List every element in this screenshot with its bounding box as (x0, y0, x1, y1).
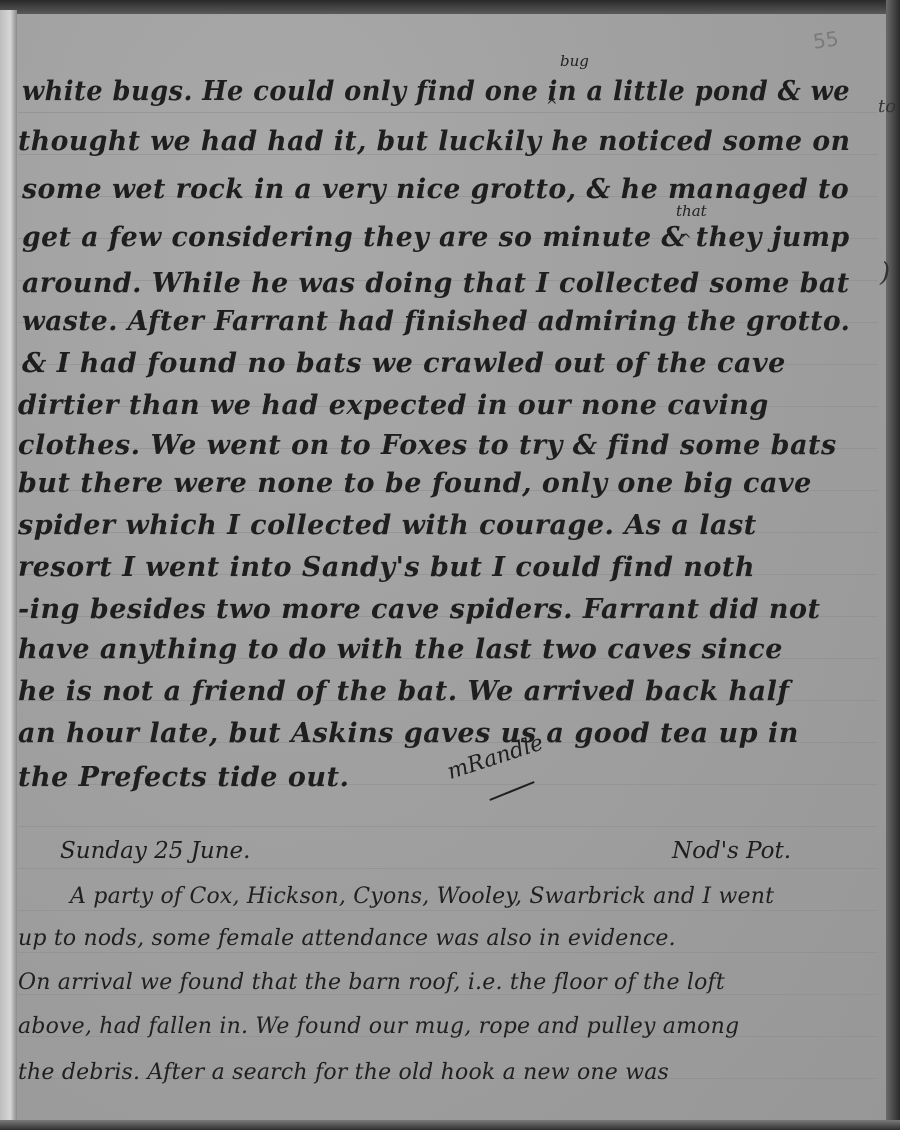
text-line: A party of Cox, Hickson, Cyons, Wooley, … (70, 884, 774, 909)
text-line: an hour late, but Askins gaves us a good… (18, 718, 799, 749)
text-line: clothes. We went on to Foxes to try & fi… (18, 430, 837, 461)
text-line: but there were none to be found, only on… (18, 468, 812, 499)
text-line: thought we had had it, but luckily he no… (18, 126, 850, 157)
text-line: the Prefects tide out. (18, 762, 349, 793)
text-line: waste. After Farrant had finished admiri… (22, 306, 850, 337)
text-line: & I had found no bats we crawled out of … (22, 348, 786, 379)
ruled-line (18, 112, 878, 113)
text-line: get a few considering they are so minute… (22, 222, 850, 253)
text-line: above, had fallen in. We found our mug, … (18, 1014, 739, 1039)
text-line: have anything to do with the last two ca… (18, 634, 783, 665)
scanned-notebook-page: 55 white bugs. He could only find one in… (0, 0, 900, 1130)
text-line: resort I went into Sandy's but I could f… (18, 552, 755, 583)
text-line: some wet rock in a very nice grotto, & h… (22, 174, 849, 205)
text-line: up to nods, some female attendance was a… (18, 926, 676, 951)
text-line: around. While he was doing that I collec… (22, 268, 850, 299)
page-edge-right (886, 0, 900, 1130)
page-edge-bottom (0, 1120, 900, 1130)
text-line: -ing besides two more cave spiders. Farr… (18, 594, 821, 625)
text-line: white bugs. He could only find one in a … (22, 76, 850, 107)
ruled-line (18, 910, 878, 911)
binding-edge-top (0, 0, 900, 14)
ruled-line (18, 952, 878, 953)
insertion-caret: ^ (546, 98, 558, 114)
entry-date: Sunday 25 June. (60, 838, 250, 864)
insertion-bug: bug (560, 52, 589, 70)
margin-note: to (878, 96, 896, 117)
text-line: dirtier than we had expected in our none… (18, 390, 769, 421)
margin-note: ) (880, 258, 890, 288)
ruled-line (18, 868, 878, 869)
insertion-that: that (676, 202, 707, 220)
text-line: he is not a friend of the bat. We arrive… (18, 676, 789, 707)
text-line: spider which I collected with courage. A… (18, 510, 757, 541)
page-edge-left (0, 10, 17, 1130)
insertion-caret: ^ (680, 232, 692, 248)
text-line: On arrival we found that the barn roof, … (18, 970, 725, 995)
text-line: the debris. After a search for the old h… (18, 1060, 669, 1085)
entry-location: Nod's Pot. (672, 838, 791, 864)
ruled-line (18, 826, 878, 827)
page-number: 55 (811, 26, 840, 53)
